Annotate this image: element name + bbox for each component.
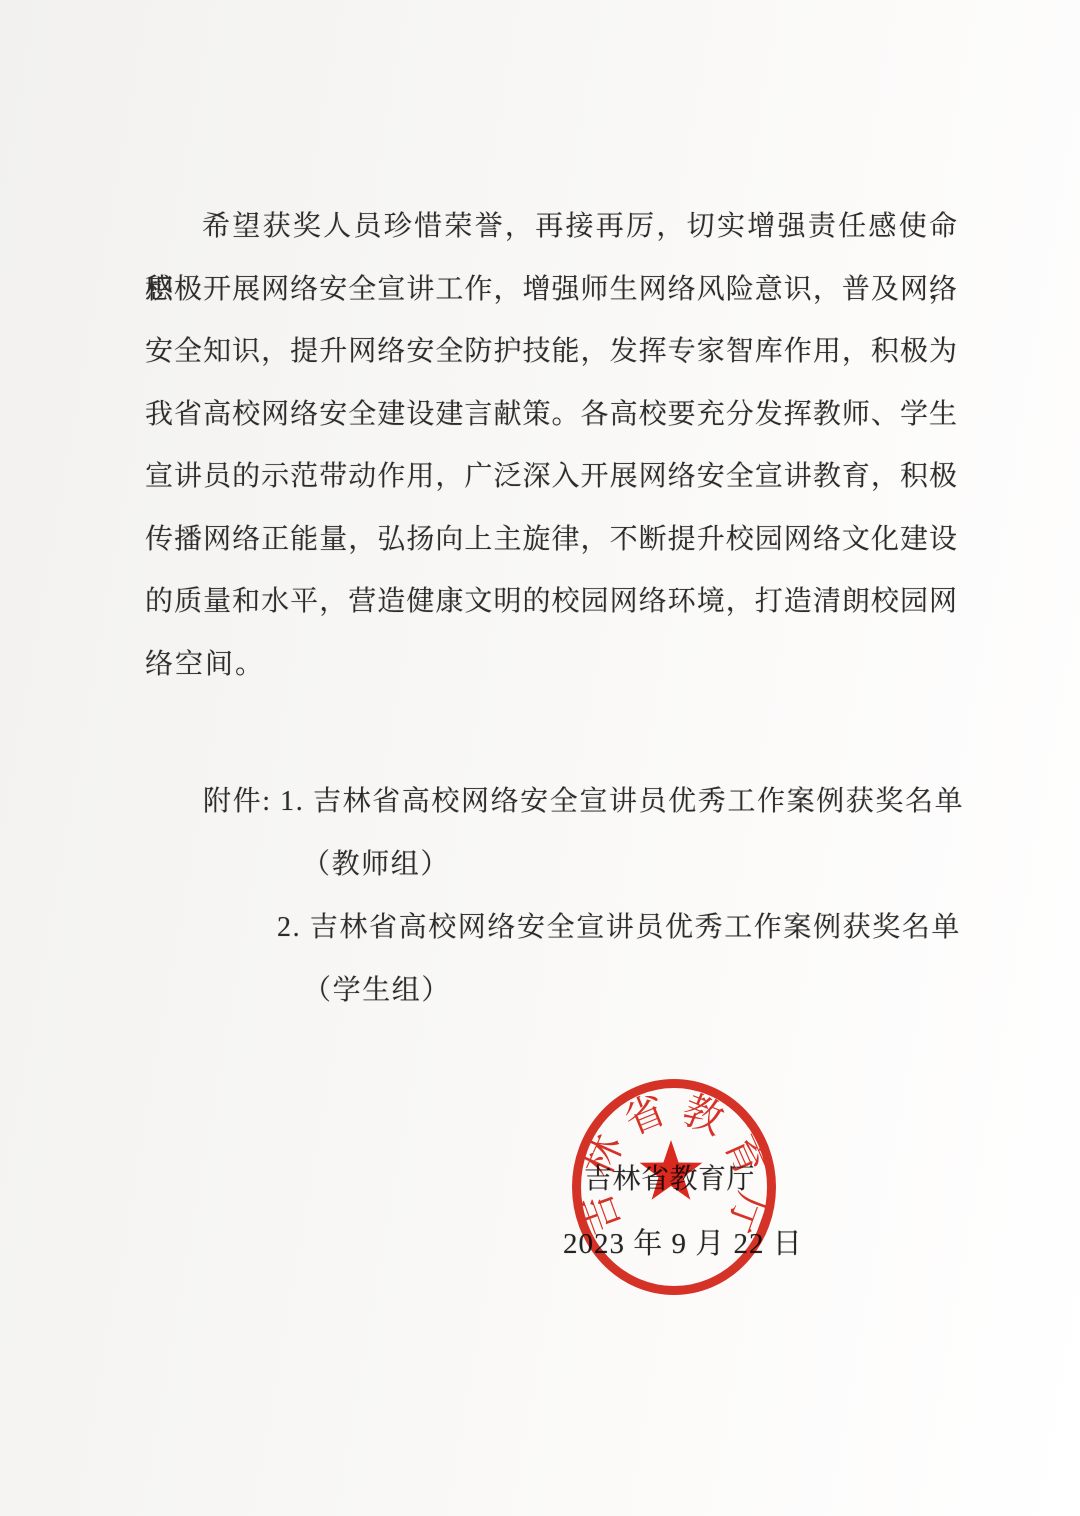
- body-line: 我省高校网络安全建设建言献策。各高校要充分发挥教师、学生: [145, 384, 957, 447]
- seal-arc-char: 林: [575, 1128, 632, 1183]
- attachment-item-1-group: （教师组）: [145, 833, 1005, 896]
- attachment-item-2: 2. 吉林省高校网络安全宣讲员优秀工作案例获奖名单: [145, 896, 1005, 959]
- body-line: 宣讲员的示范带动作用，广泛深入开展网络安全宣讲教育，积极: [145, 446, 957, 509]
- official-seal: 吉 林 省 教 育 厅: [544, 1057, 804, 1317]
- attachment-item-1: 附件: 1. 吉林省高校网络安全宣讲员优秀工作案例获奖名单: [145, 770, 1005, 833]
- body-line: 传播网络正能量，弘扬向上主旋律，不断提升校园网络文化建设: [145, 509, 957, 572]
- attachment-item-2-group: （学生组）: [145, 959, 1005, 1022]
- official-seal-graphic: 吉 林 省 教 育 厅: [544, 1057, 804, 1317]
- body-line: 的质量和水平，营造健康文明的校园网络环境，打造清朗校园网: [145, 571, 957, 634]
- body-line: 安全知识，提升网络安全防护技能，发挥专家智库作用，积极为: [145, 321, 957, 384]
- body-line: 络空间。: [145, 634, 957, 697]
- attachment-list: 附件: 1. 吉林省高校网络安全宣讲员优秀工作案例获奖名单 （教师组） 2. 吉…: [145, 770, 1005, 1022]
- seal-arc-char: 育: [716, 1128, 773, 1183]
- body-line: 希望获奖人员珍惜荣誉，再接再厉，切实增强责任感使命感，: [145, 196, 957, 259]
- star-icon: [640, 1140, 703, 1200]
- body-paragraph: 希望获奖人员珍惜荣誉，再接再厉，切实增强责任感使命感， 积极开展网络安全宣讲工作…: [145, 196, 957, 696]
- document-page: 希望获奖人员珍惜荣誉，再接再厉，切实增强责任感使命感， 积极开展网络安全宣讲工作…: [0, 0, 1080, 1516]
- body-line: 积极开展网络安全宣讲工作，增强师生网络风险意识，普及网络: [145, 259, 957, 322]
